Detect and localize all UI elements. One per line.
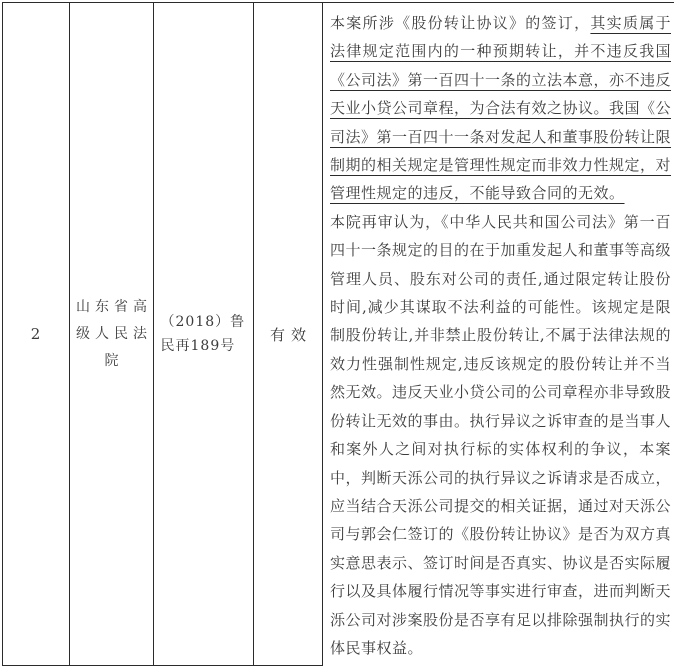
court-name-line: 级人民法	[76, 321, 152, 348]
cell-court-opinion: 本案所涉《股份转让协议》的签订，其实质属于法律规定范围内的一种预期转让，并不违反…	[322, 3, 674, 666]
court-name-line: 院	[105, 348, 124, 375]
cell-case-number: （2018）鲁 民再189号	[153, 3, 253, 666]
opinion-p1-underlined-text: 其实质属于法律规定范围内的一种预期转让，并不违反我国《公司法》第一百四十一条的立…	[330, 14, 671, 202]
case-number-line: 民再189号	[161, 334, 247, 358]
opinion-paragraph-1: 本案所涉《股份转让协议》的签订，其实质属于法律规定范围内的一种预期转让，并不违反…	[330, 9, 671, 208]
document-page: 2 山东省高 级人民法 院 （2018）鲁 民再189号 有效 本案所涉《股份转…	[0, 0, 674, 668]
case-table: 2 山东省高 级人民法 院 （2018）鲁 民再189号 有效 本案所涉《股份转…	[2, 2, 674, 666]
cell-court-name: 山东省高 级人民法 院	[69, 3, 153, 666]
row-index-value: 2	[31, 325, 42, 343]
opinion-paragraph-2: 本院再审认为，《中华人民共和国公司法》第一百四十一条规定的目的在于加重发起人和董…	[330, 208, 671, 663]
court-name-line: 山东省高	[76, 294, 152, 321]
cell-validity: 有效	[253, 3, 322, 666]
case-number-line: （2018）鲁	[161, 310, 247, 334]
cell-row-index: 2	[2, 3, 69, 666]
case-number: （2018）鲁 民再189号	[161, 310, 247, 358]
opinion-p1-plain-text: 本案所涉《股份转让协议》的签订，	[330, 14, 590, 32]
validity-value: 有效	[270, 324, 312, 345]
